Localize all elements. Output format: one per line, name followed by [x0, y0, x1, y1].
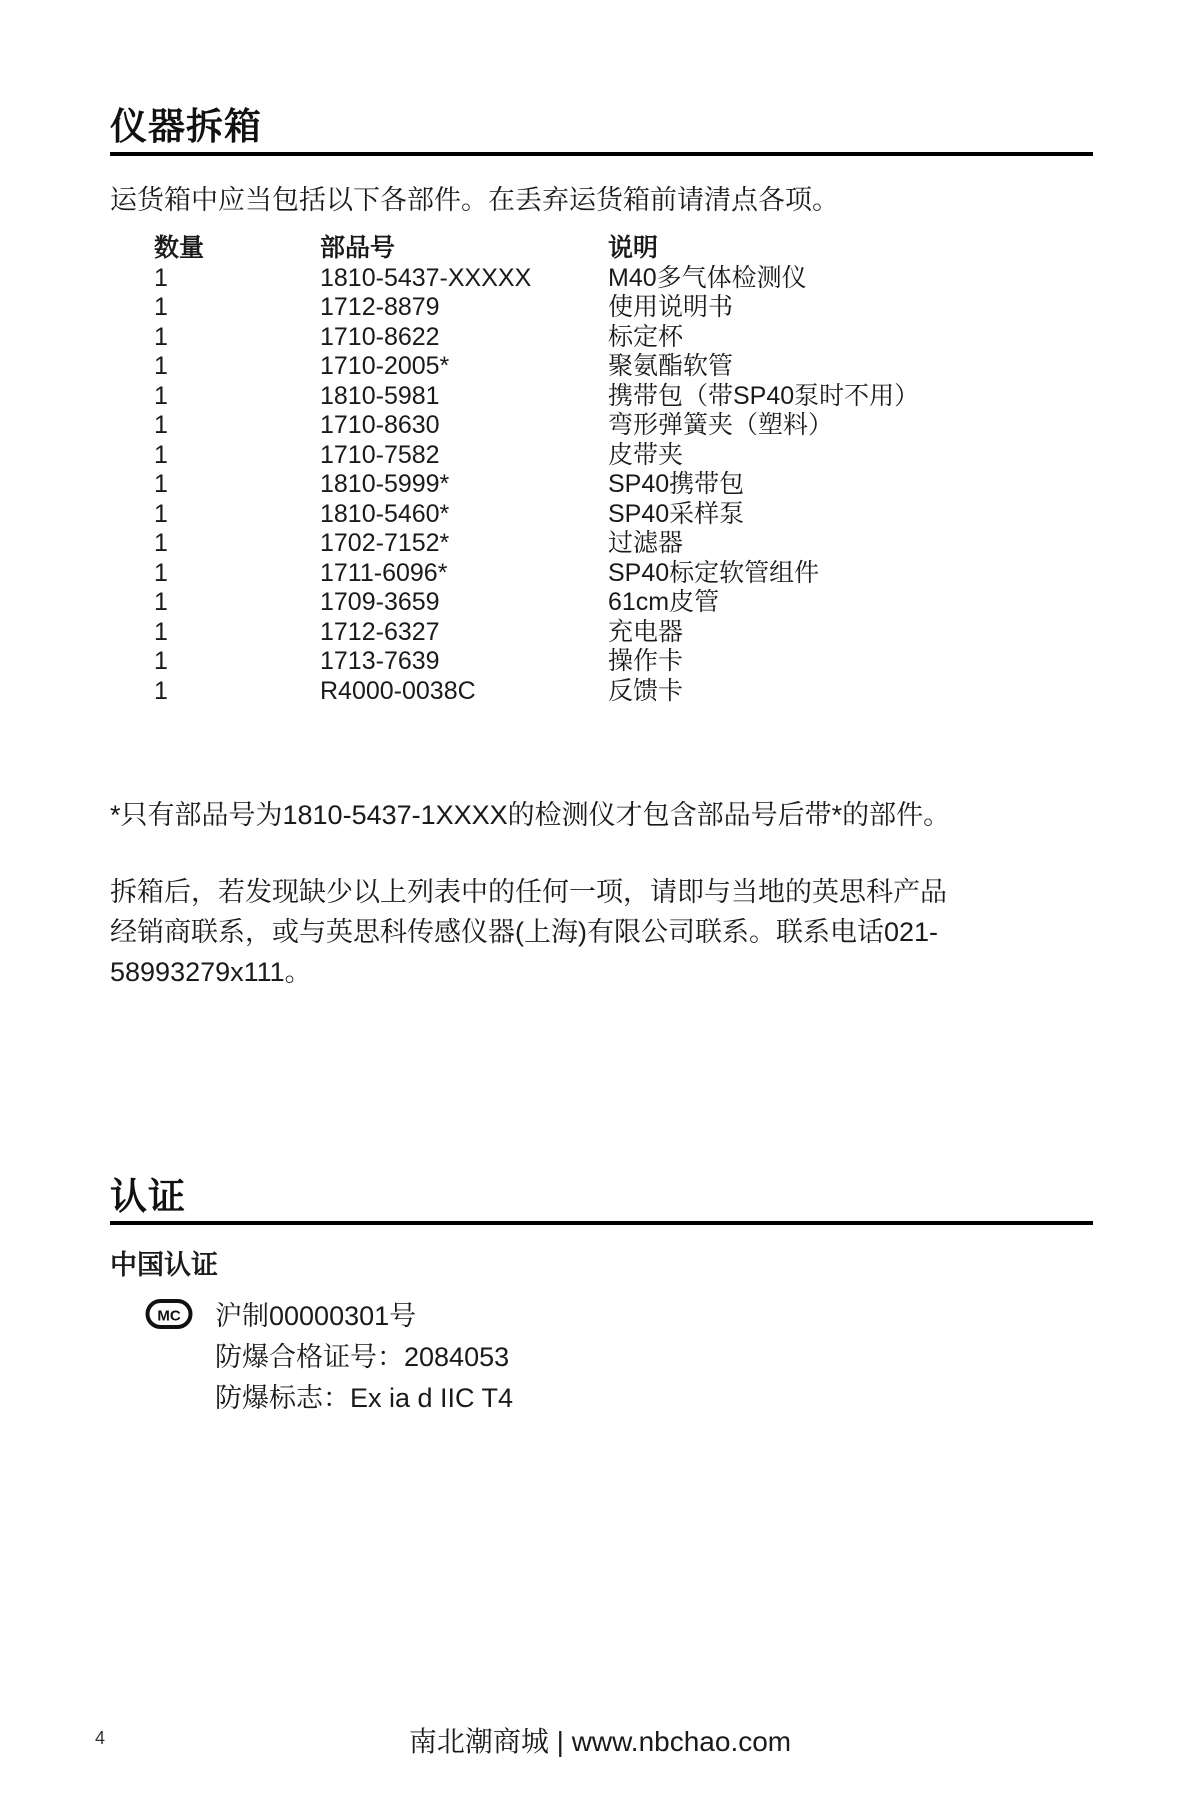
section-rule-2 [110, 1221, 1093, 1225]
table-cell: 1712-8879 [320, 293, 608, 323]
cmc-mark-icon: MC [145, 1298, 193, 1335]
table-cell: 聚氨酯软管 [608, 352, 1088, 382]
table-cell: SP40采样泵 [608, 500, 1088, 530]
table-cell: 1711-6096* [320, 559, 608, 589]
table-cell: 1 [154, 323, 320, 353]
table-cell: R4000-0038C [320, 677, 608, 707]
table-row: 11710-2005*聚氨酯软管 [154, 352, 1088, 382]
table-cell: 皮带夹 [608, 441, 1088, 471]
table-cell: SP40标定软管组件 [608, 559, 1088, 589]
parts-table-header: 数量 部品号 说明 [154, 234, 1088, 264]
table-cell: 1 [154, 677, 320, 707]
table-cell: 1 [154, 500, 320, 530]
contact-paragraph: 拆箱后，若发现缺少以上列表中的任何一项，请即与当地的英思科产品 经销商联系，或与… [110, 872, 947, 992]
table-cell: 1 [154, 352, 320, 382]
table-cell: 61cm皮管 [608, 588, 1088, 618]
table-cell: 1 [154, 264, 320, 294]
header-part: 部品号 [320, 234, 608, 264]
table-row: 11710-8622标定杯 [154, 323, 1088, 353]
table-row: 11810-5437-XXXXXM40多气体检测仪 [154, 264, 1088, 294]
table-cell: 1810-5999* [320, 470, 608, 500]
table-cell: 1 [154, 382, 320, 412]
cert-license-number: 沪制00000301号 [215, 1296, 513, 1337]
paragraph-line: 58993279x111。 [110, 952, 947, 992]
table-cell: 反馈卡 [608, 677, 1088, 707]
table-row: 11711-6096*SP40标定软管组件 [154, 559, 1088, 589]
table-cell: 标定杯 [608, 323, 1088, 353]
cert-exproof-marking: 防爆标志：Ex ia d IIC T4 [215, 1378, 513, 1419]
table-row: 1R4000-0038C反馈卡 [154, 677, 1088, 707]
table-cell: 1 [154, 441, 320, 471]
parts-table-body: 11810-5437-XXXXXM40多气体检测仪11712-8879使用说明书… [154, 264, 1088, 707]
certification-block: MC 沪制00000301号 防爆合格证号：2084053 防爆标志：Ex ia… [145, 1296, 513, 1419]
section-title-certification: 认证 [110, 1166, 186, 1220]
intro-text: 运货箱中应当包括以下各部件。在丢弃运货箱前请清点各项。 [110, 178, 839, 217]
header-desc: 说明 [608, 234, 1088, 264]
table-cell: 1 [154, 411, 320, 441]
table-row: 11710-8630弯形弹簧夹（塑料） [154, 411, 1088, 441]
table-cell: 携带包（带SP40泵时不用） [608, 382, 1088, 412]
table-cell: 1810-5981 [320, 382, 608, 412]
section-title-unpacking: 仪器拆箱 [110, 96, 262, 150]
subheading-china-certification: 中国认证 [110, 1243, 218, 1282]
table-cell: 1 [154, 293, 320, 323]
certification-lines: 沪制00000301号 防爆合格证号：2084053 防爆标志：Ex ia d … [215, 1296, 513, 1419]
table-cell: M40多气体检测仪 [608, 264, 1088, 294]
table-row: 11712-8879使用说明书 [154, 293, 1088, 323]
table-cell: 弯形弹簧夹（塑料） [608, 411, 1088, 441]
table-cell: 操作卡 [608, 647, 1088, 677]
table-row: 11713-7639操作卡 [154, 647, 1088, 677]
paragraph-line: 拆箱后，若发现缺少以上列表中的任何一项，请即与当地的英思科产品 [110, 872, 947, 912]
table-cell: 使用说明书 [608, 293, 1088, 323]
table-row: 11810-5981携带包（带SP40泵时不用） [154, 382, 1088, 412]
section-rule-1 [110, 152, 1093, 156]
table-cell: 1713-7639 [320, 647, 608, 677]
document-page: 仪器拆箱 运货箱中应当包括以下各部件。在丢弃运货箱前请清点各项。 数量 部品号 … [0, 0, 1200, 1800]
table-row: 11712-6327充电器 [154, 618, 1088, 648]
table-cell: SP40携带包 [608, 470, 1088, 500]
footer-watermark: 南北潮商城 | www.nbchao.com [0, 1720, 1200, 1760]
table-cell: 1 [154, 470, 320, 500]
table-cell: 1 [154, 647, 320, 677]
table-row: 11710-7582皮带夹 [154, 441, 1088, 471]
table-cell: 1 [154, 559, 320, 589]
table-cell: 1 [154, 618, 320, 648]
table-cell: 1810-5460* [320, 500, 608, 530]
table-cell: 1 [154, 588, 320, 618]
asterisk-note: *只有部品号为1810-5437-1XXXX的检测仪才包含部品号后带*的部件。 [110, 793, 950, 832]
table-cell: 充电器 [608, 618, 1088, 648]
table-cell: 1712-6327 [320, 618, 608, 648]
table-cell: 1710-7582 [320, 441, 608, 471]
table-row: 11702-7152*过滤器 [154, 529, 1088, 559]
table-cell: 1710-8630 [320, 411, 608, 441]
table-row: 11810-5460*SP40采样泵 [154, 500, 1088, 530]
svg-text:MC: MC [157, 1308, 180, 1325]
table-row: 11709-365961cm皮管 [154, 588, 1088, 618]
table-cell: 1810-5437-XXXXX [320, 264, 608, 294]
table-cell: 1709-3659 [320, 588, 608, 618]
table-cell: 1710-8622 [320, 323, 608, 353]
header-qty: 数量 [154, 234, 320, 264]
table-cell: 1702-7152* [320, 529, 608, 559]
table-cell: 1 [154, 529, 320, 559]
table-row: 11810-5999*SP40携带包 [154, 470, 1088, 500]
table-cell: 过滤器 [608, 529, 1088, 559]
paragraph-line: 经销商联系，或与英思科传感仪器(上海)有限公司联系。联系电话021- [110, 912, 947, 952]
table-cell: 1710-2005* [320, 352, 608, 382]
cert-exproof-number: 防爆合格证号：2084053 [215, 1337, 513, 1378]
parts-table: 数量 部品号 说明 11810-5437-XXXXXM40多气体检测仪11712… [154, 234, 1088, 706]
